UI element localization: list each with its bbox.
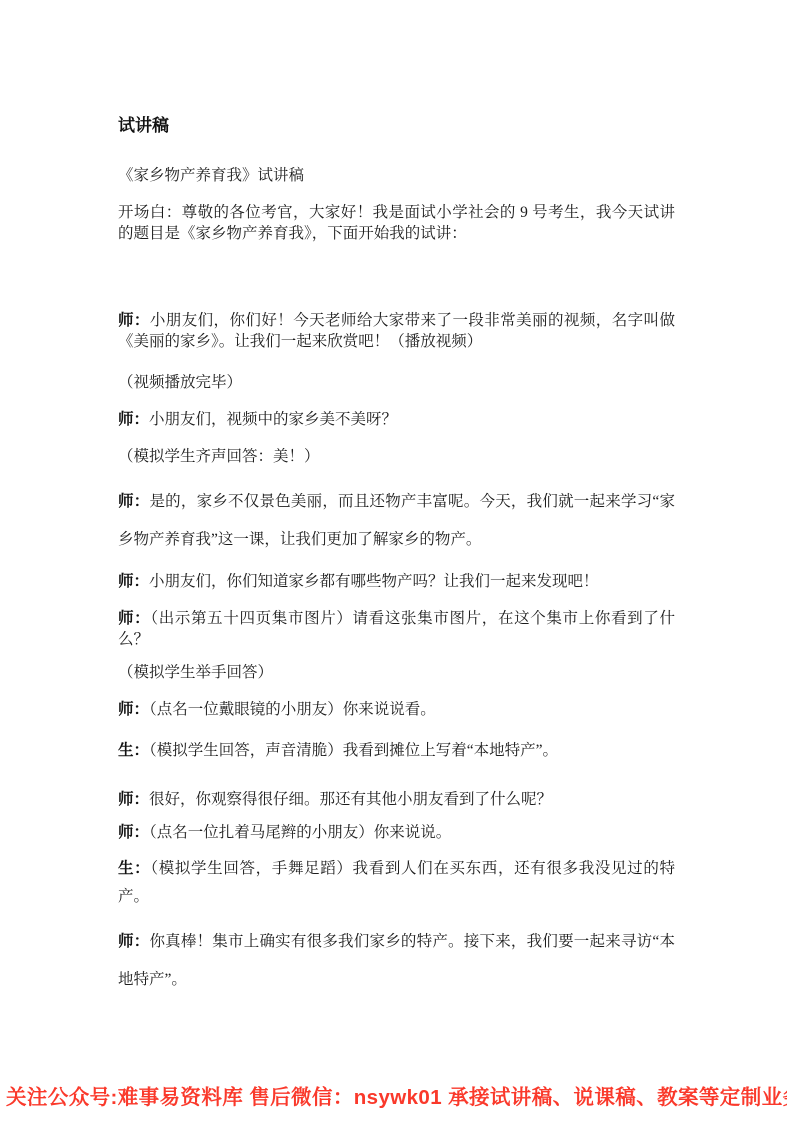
paragraph: 开场白：尊敬的各位考官，大家好！我是面试小学社会的 9 号考生，我今天试讲的题目… (118, 202, 675, 244)
dialogue-paragraph: 师：（点名一位戴眼镜的小朋友）你来说说看。 (118, 699, 675, 720)
document-body: 《家乡物产养育我》试讲稿开场白：尊敬的各位考官，大家好！我是面试小学社会的 9 … (118, 165, 675, 999)
speaker-label: 师： (118, 312, 150, 329)
paragraph: 《家乡物产养育我》试讲稿 (118, 165, 675, 186)
speaker-label: 生： (118, 860, 150, 877)
promo-footer-text: 关注公众号:难事易资料库 售后微信：nsywk01 承接试讲稿、说课稿、教案等定… (6, 1086, 787, 1109)
dialogue-paragraph: 师：小朋友们，你们知道家乡都有哪些物产吗？让我们一起来发现吧！ (118, 571, 675, 592)
dialogue-paragraph: 师：很好，你观察得很仔细。那还有其他小朋友看到了什么呢？ (118, 789, 675, 810)
speaker-label: 师： (118, 411, 149, 428)
dialogue-paragraph: 生：（模拟学生回答，声音清脆）我看到摊位上写着“本地特产”。 (118, 740, 675, 761)
dialogue-paragraph: 师：是的，家乡不仅景色美丽，而且还物产丰富呢。今天，我们就一起来学习“家乡物产养… (118, 483, 675, 559)
dialogue-paragraph: 师：（点名一位扎着马尾辫的小朋友）你来说说。 (118, 822, 675, 843)
speaker-label: 师： (118, 610, 150, 627)
speaker-label: 师： (118, 493, 149, 510)
paragraph: （模拟学生齐声回答：美！） (118, 446, 675, 467)
document-page: 试讲稿 《家乡物产养育我》试讲稿开场白：尊敬的各位考官，大家好！我是面试小学社会… (0, 0, 793, 1122)
document-content: 试讲稿 《家乡物产养育我》试讲稿开场白：尊敬的各位考官，大家好！我是面试小学社会… (118, 115, 675, 999)
speaker-label: 师： (118, 824, 149, 841)
speaker-label: 师： (118, 791, 149, 808)
speaker-label: 师： (118, 701, 149, 718)
paragraph: （视频播放完毕） (118, 372, 675, 393)
dialogue-paragraph: 师：小朋友们，视频中的家乡美不美呀？ (118, 409, 675, 430)
dialogue-paragraph: 生：（模拟学生回答，手舞足蹈）我看到人们在买东西，还有很多我没见过的特产。 (118, 855, 675, 911)
dialogue-paragraph: 师：你真棒！集市上确实有很多我们家乡的特产。接下来，我们要一起来寻访“本地特产”… (118, 923, 675, 999)
document-title: 试讲稿 (118, 115, 675, 137)
paragraph: （模拟学生举手回答） (118, 662, 675, 683)
speaker-label: 师： (118, 933, 149, 950)
dialogue-paragraph: 师：（出示第五十四页集市图片）请看这张集市图片，在这个集市上你看到了什么？ (118, 608, 675, 650)
dialogue-paragraph: 师：小朋友们，你们好！今天老师给大家带来了一段非常美丽的视频，名字叫做《美丽的家… (118, 310, 675, 352)
speaker-label: 生： (118, 742, 149, 759)
promo-footer-banner: 关注公众号:难事易资料库 售后微信：nsywk01 承接试讲稿、说课稿、教案等定… (6, 1085, 787, 1111)
speaker-label: 师： (118, 573, 149, 590)
